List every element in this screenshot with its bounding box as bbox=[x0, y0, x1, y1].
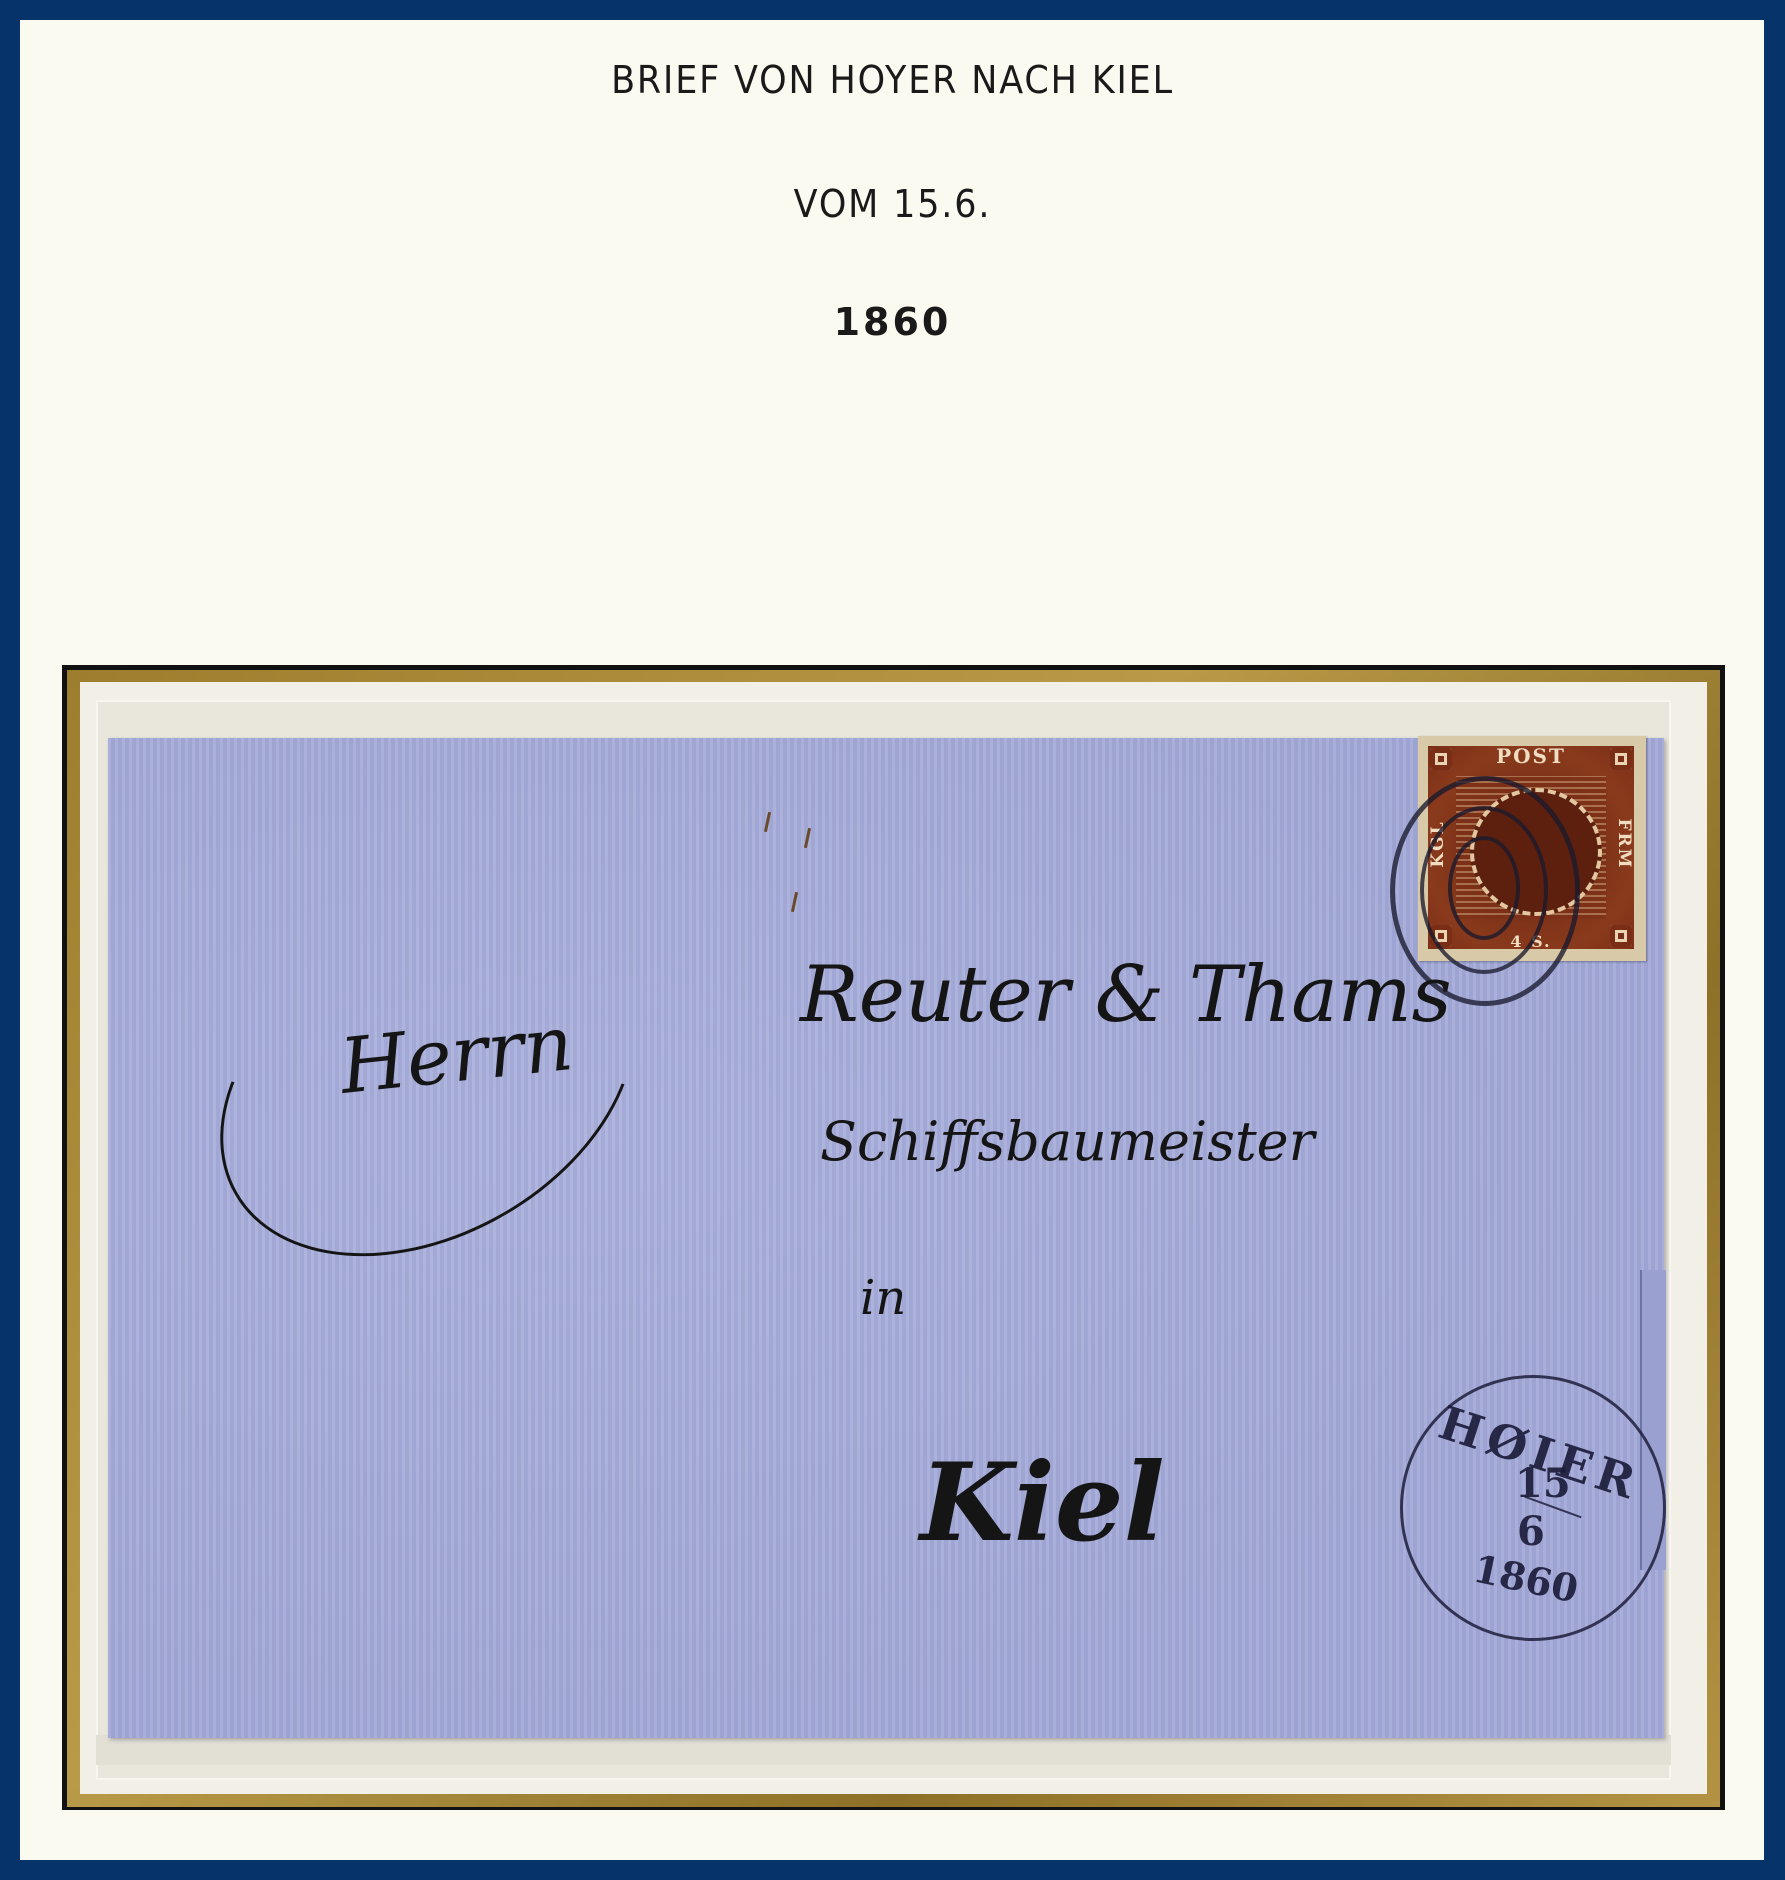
page-title: BRIEF VON HOYER NACH KIEL bbox=[71, 58, 1713, 102]
postmark-day: 15 bbox=[1515, 1460, 1571, 1507]
ring-cancel-icon bbox=[1448, 836, 1520, 940]
page-date: VOM 15.6. bbox=[71, 182, 1713, 226]
postmark-year: 1860 bbox=[1469, 1545, 1582, 1611]
address-city: Kiel bbox=[920, 1440, 1165, 1566]
address-preposition: in bbox=[860, 1270, 906, 1326]
mount-strip bbox=[96, 1735, 1671, 1765]
address-addressee: Reuter & Thams bbox=[800, 950, 1452, 1040]
postmark-month: 6 bbox=[1517, 1508, 1545, 1555]
corner-posthorn-icon bbox=[1610, 925, 1632, 947]
corner-posthorn-icon bbox=[1610, 748, 1632, 770]
corner-posthorn-icon bbox=[1430, 748, 1452, 770]
page-year: 1860 bbox=[0, 300, 1785, 344]
stamp-right-text: FRM bbox=[1614, 794, 1634, 894]
address-occupation: Schiffsbaumeister bbox=[820, 1110, 1314, 1173]
town-postmark: HØIER 15 6 1860 bbox=[1400, 1375, 1666, 1641]
stamp-top-text: POST bbox=[1428, 744, 1634, 768]
